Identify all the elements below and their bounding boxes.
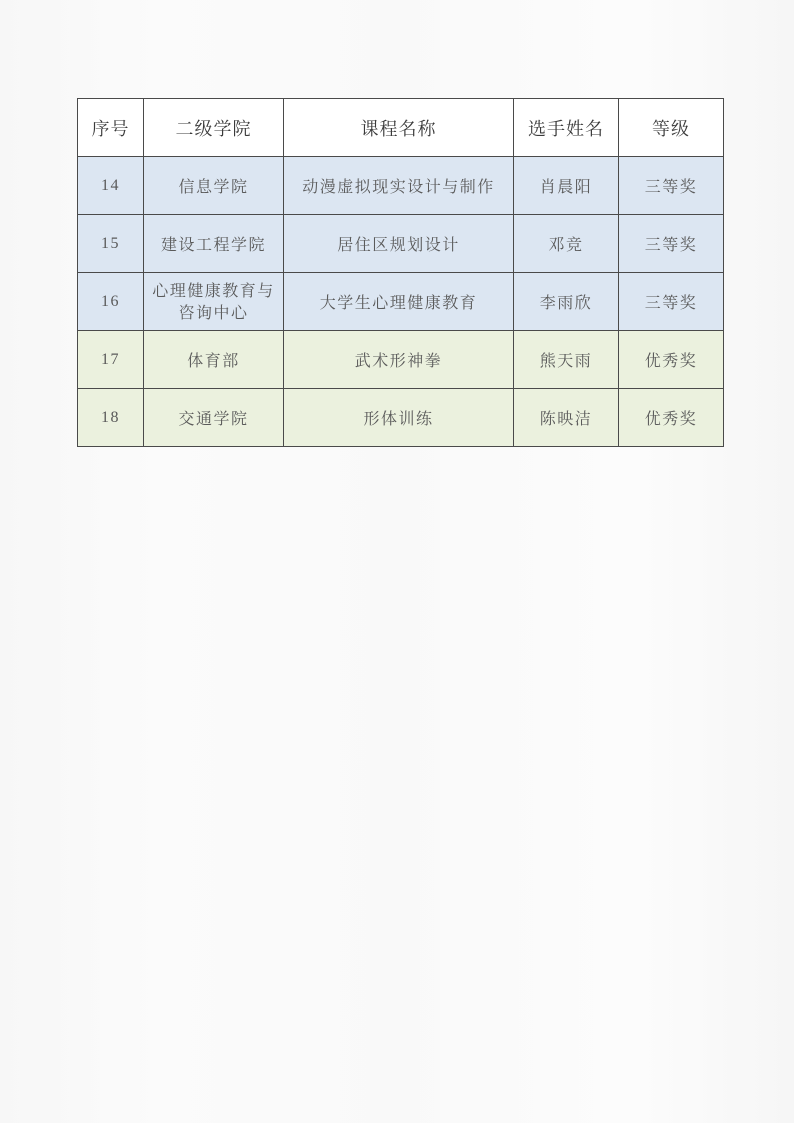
cell-name: 熊天雨	[514, 331, 619, 389]
cell-name: 肖晨阳	[514, 157, 619, 215]
cell-name: 李雨欣	[514, 273, 619, 331]
cell-index: 18	[78, 389, 144, 447]
cell-level: 优秀奖	[619, 389, 724, 447]
cell-index: 14	[78, 157, 144, 215]
header-level: 等级	[619, 99, 724, 157]
table-row: 16 心理健康教育与 咨询中心 大学生心理健康教育 李雨欣 三等奖	[78, 273, 724, 331]
award-table: 序号 二级学院 课程名称 选手姓名 等级 14 信息学院 动漫虚拟现实设计与制作…	[77, 98, 724, 447]
header-index: 序号	[78, 99, 144, 157]
cell-course: 武术形神拳	[284, 331, 514, 389]
document-page: 序号 二级学院 课程名称 选手姓名 等级 14 信息学院 动漫虚拟现实设计与制作…	[0, 0, 794, 1123]
cell-index: 15	[78, 215, 144, 273]
cell-college: 建设工程学院	[144, 215, 284, 273]
table-header-row: 序号 二级学院 课程名称 选手姓名 等级	[78, 99, 724, 157]
cell-college: 心理健康教育与 咨询中心	[144, 273, 284, 331]
table-row: 14 信息学院 动漫虚拟现实设计与制作 肖晨阳 三等奖	[78, 157, 724, 215]
college-multiline: 心理健康教育与 咨询中心	[152, 280, 275, 324]
cell-level: 三等奖	[619, 273, 724, 331]
header-name: 选手姓名	[514, 99, 619, 157]
header-course: 课程名称	[284, 99, 514, 157]
cell-college: 体育部	[144, 331, 284, 389]
cell-level: 三等奖	[619, 157, 724, 215]
cell-name: 邓竞	[514, 215, 619, 273]
cell-college: 信息学院	[144, 157, 284, 215]
cell-level: 三等奖	[619, 215, 724, 273]
header-college: 二级学院	[144, 99, 284, 157]
table-row: 17 体育部 武术形神拳 熊天雨 优秀奖	[78, 331, 724, 389]
cell-index: 17	[78, 331, 144, 389]
cell-index: 16	[78, 273, 144, 331]
cell-course: 动漫虚拟现实设计与制作	[284, 157, 514, 215]
cell-name: 陈映洁	[514, 389, 619, 447]
cell-course: 大学生心理健康教育	[284, 273, 514, 331]
table-row: 15 建设工程学院 居住区规划设计 邓竞 三等奖	[78, 215, 724, 273]
cell-course: 居住区规划设计	[284, 215, 514, 273]
college-line-2: 咨询中心	[178, 303, 248, 322]
cell-level: 优秀奖	[619, 331, 724, 389]
college-line-1: 心理健康教育与	[152, 281, 275, 300]
cell-college: 交通学院	[144, 389, 284, 447]
table-row: 18 交通学院 形体训练 陈映洁 优秀奖	[78, 389, 724, 447]
cell-course: 形体训练	[284, 389, 514, 447]
